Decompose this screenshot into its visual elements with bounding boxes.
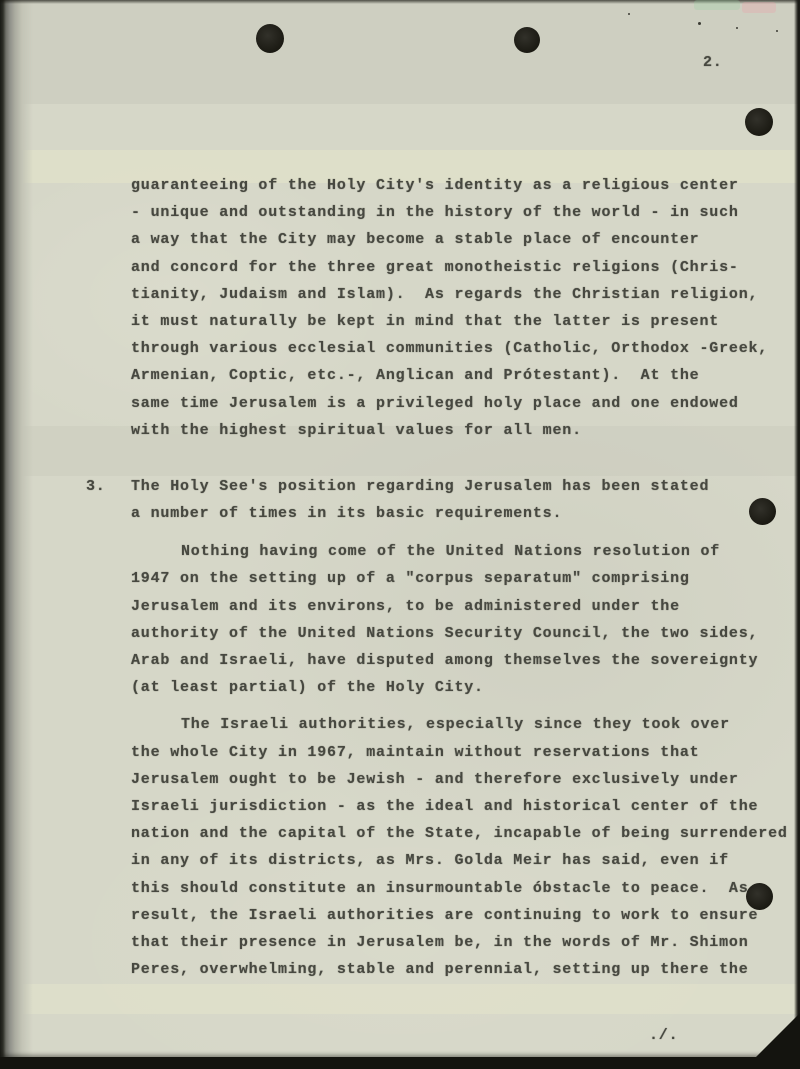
text-line: authority of the United Nations Security… (131, 625, 788, 652)
punch-hole-dot (514, 27, 540, 53)
scan-speck (776, 30, 778, 32)
text-line: The Israeli authorities, especially sinc… (131, 716, 788, 743)
scan-tint-smudge (742, 2, 776, 13)
bottom-edge-shadow (0, 1057, 800, 1069)
scan-speck (736, 27, 738, 29)
paragraph: guaranteeing of the Holy City's identity… (131, 177, 788, 449)
top-edge-shadow (0, 0, 800, 4)
text-line: the whole City in 1967, maintain without… (131, 744, 788, 771)
continuation-mark: ./. (649, 1027, 678, 1044)
paragraph: The Israeli authorities, especially sinc… (131, 716, 788, 988)
punch-hole-dot (256, 24, 284, 53)
scanned-page: 2. guaranteeing of the Holy City's ident… (0, 0, 800, 1069)
paragraph: Nothing having come of the United Nation… (131, 543, 788, 706)
text-line: a number of times in its basic requireme… (131, 505, 788, 532)
text-line: that their presence in Jerusalem be, in … (131, 934, 788, 961)
scan-speck (628, 13, 630, 15)
right-edge-shadow (794, 0, 800, 1069)
text-line: a way that the City may become a stable … (131, 231, 788, 258)
paper-tone-band (0, 0, 800, 104)
text-line: in any of its districts, as Mrs. Golda M… (131, 852, 788, 879)
paper-tone-band (0, 984, 800, 1014)
text-line: tianity, Judaism and Islam). As regards … (131, 286, 788, 313)
text-line: 1947 on the setting up of a "corpus sepa… (131, 570, 788, 597)
text-line: - unique and outstanding in the history … (131, 204, 788, 231)
punch-hole-dot (745, 108, 773, 136)
text-line: same time Jerusalem is a privileged holy… (131, 395, 788, 422)
text-line: The Holy See's position regarding Jerusa… (131, 478, 788, 505)
page-number: 2. (703, 54, 723, 71)
text-line: Armenian, Coptic, etc.-, Anglican and Pr… (131, 367, 788, 394)
text-line: (at least partial) of the Holy City. (131, 679, 788, 706)
text-line: nation and the capital of the State, inc… (131, 825, 788, 852)
text-line: guaranteeing of the Holy City's identity… (131, 177, 788, 204)
text-line: Israeli jurisdiction - as the ideal and … (131, 798, 788, 825)
scan-speck (698, 22, 701, 25)
text-line: result, the Israeli authorities are cont… (131, 907, 788, 934)
left-edge-shadow (0, 0, 34, 1069)
text-line: through various ecclesial communities (C… (131, 340, 788, 367)
section-number: 3. (86, 478, 106, 495)
text-line: this should constitute an insurmountable… (131, 880, 788, 907)
text-line: it must naturally be kept in mind that t… (131, 313, 788, 340)
text-line: and concord for the three great monothei… (131, 259, 788, 286)
text-line: Nothing having come of the United Nation… (131, 543, 788, 570)
document-body: guaranteeing of the Holy City's identity… (131, 177, 788, 988)
text-line: with the highest spiritual values for al… (131, 422, 788, 449)
text-line: Peres, overwhelming, stable and perennia… (131, 961, 788, 988)
text-line: Jerusalem and its environs, to be admini… (131, 598, 788, 625)
text-line: Arab and Israeli, have disputed among th… (131, 652, 788, 679)
paragraph: 3.The Holy See's position regarding Jeru… (131, 478, 788, 532)
scan-tint-smudge (694, 0, 740, 10)
corner-fold (754, 1013, 800, 1059)
text-line: Jerusalem ought to be Jewish - and there… (131, 771, 788, 798)
